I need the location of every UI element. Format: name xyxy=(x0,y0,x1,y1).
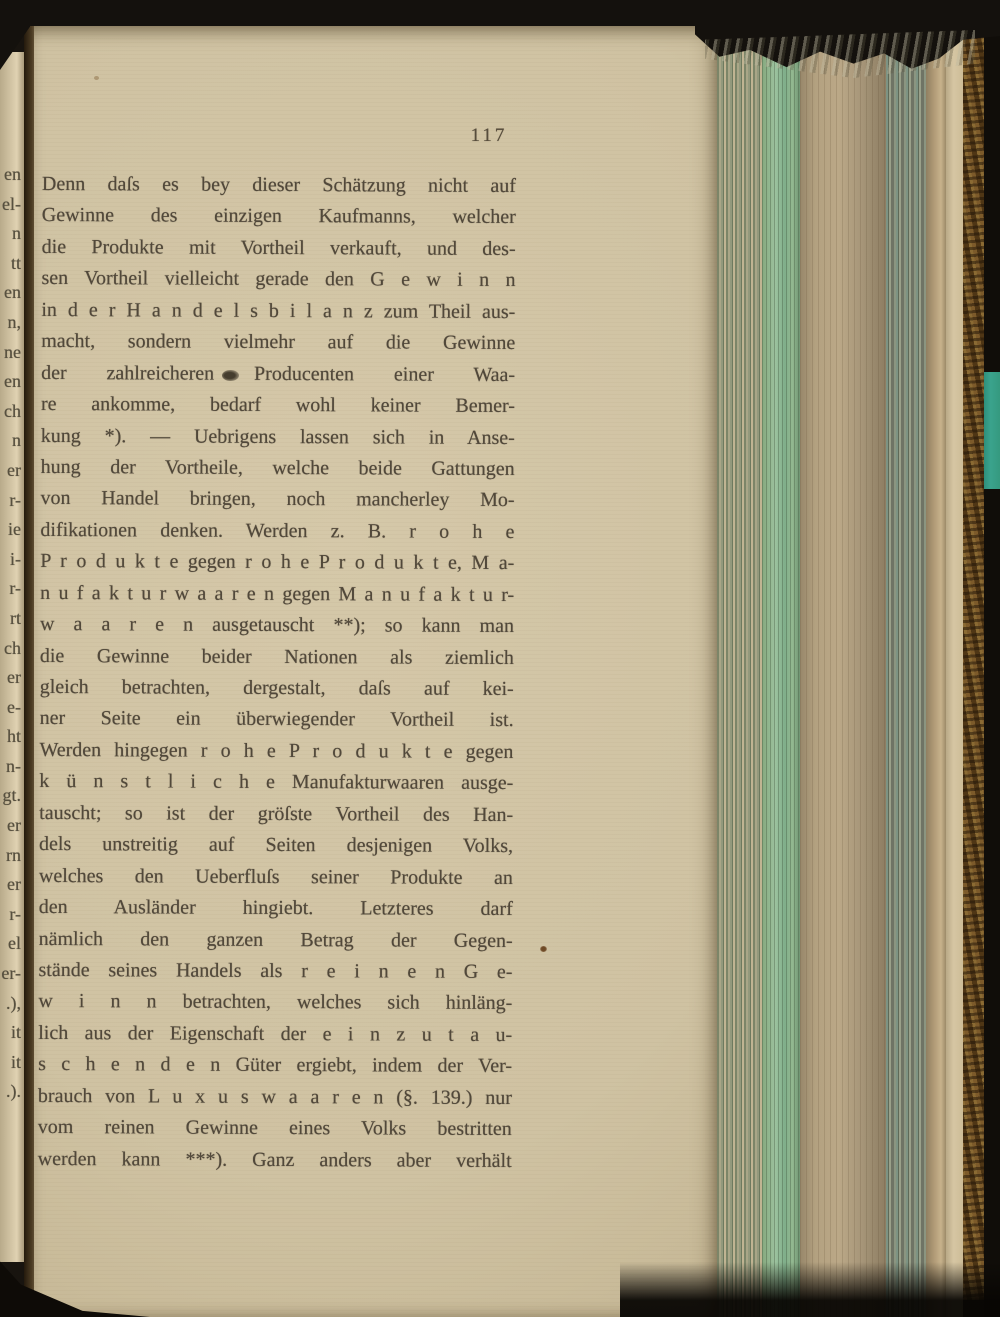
bottom-shadow xyxy=(620,1262,1000,1317)
text-fragment: en xyxy=(0,160,24,190)
fore-edge-stripes-green xyxy=(762,28,800,1317)
text-fragment: rt xyxy=(0,604,24,634)
text-line: w i n n betrachten, welches sich hinläng… xyxy=(38,986,512,1020)
text-fragment: gt. xyxy=(0,781,24,811)
text-fragment: ie xyxy=(0,515,24,545)
page-number: 117 xyxy=(429,125,549,147)
ink-blot xyxy=(222,370,239,381)
book-page: 117 Denn daſs es bey dieser Schätzung ni… xyxy=(34,26,717,1317)
text-fragment: el- xyxy=(0,190,24,220)
text-fragment: er- xyxy=(0,959,24,989)
text-line: sen Vortheil vielleicht gerade den G e w… xyxy=(41,263,515,297)
text-fragment: el xyxy=(0,929,24,959)
text-line: ner Seite ein überwiegender Vortheil ist… xyxy=(40,703,514,737)
text-line: werden kann ***). Ganz anders aber verhä… xyxy=(38,1144,512,1178)
fore-edge-page-block-tan xyxy=(800,28,886,1317)
text-line: s c h e n d e n Güter ergiebt, indem der… xyxy=(38,1049,512,1083)
text-line: Denn daſs es bey dieser Schätzung nicht … xyxy=(42,169,516,203)
text-line: welches den Ueberfluſs seiner Produkte a… xyxy=(39,861,513,895)
text-line: lich aus der Eigenschaft der e i n z u t… xyxy=(38,1018,512,1052)
body-text: Denn daſs es bey dieser Schätzung nicht … xyxy=(38,169,516,1177)
text-line: Werden hingegen r o h e P r o d u k t e … xyxy=(39,735,513,769)
marbled-cover-edge xyxy=(963,30,984,1300)
text-fragment: tt xyxy=(0,249,24,279)
text-fragment: er xyxy=(0,870,24,900)
text-line: den Ausländer hingiebt. Letzteres darf xyxy=(39,892,513,926)
text-fragment: r- xyxy=(0,486,24,516)
fore-edge-ruffled-edge xyxy=(926,28,946,1317)
text-line: die Gewinne beider Nationen als ziemlich xyxy=(40,641,514,675)
text-fragment: n xyxy=(0,219,24,249)
text-line: k ü n s t l i c h e Manufakturwaaren aus… xyxy=(39,766,513,800)
text-line: gleich betrachten, dergestalt, daſs auf … xyxy=(40,672,514,706)
paper-speck xyxy=(540,946,547,952)
text-line: w a a r e n ausgetauscht **); so kann ma… xyxy=(40,609,514,643)
text-fragment: it xyxy=(0,1018,24,1048)
text-fragment: n xyxy=(0,426,24,456)
text-fragment: e- xyxy=(0,693,24,723)
text-fragment: ne xyxy=(0,338,24,368)
text-fragment: .), xyxy=(0,989,24,1019)
text-fragment: ch xyxy=(0,397,24,427)
text-fragment: n, xyxy=(0,308,24,338)
text-line: brauch von L u x u s w a a r e n (§. 139… xyxy=(38,1081,512,1115)
text-line: von Handel bringen, noch mancherley Mo- xyxy=(40,483,514,517)
endpaper-strip xyxy=(946,28,963,1317)
text-fragment: i- xyxy=(0,545,24,575)
text-fragment: it xyxy=(0,1048,24,1078)
text-line: re ankomme, bedarf wohl keiner Bemer- xyxy=(41,389,515,423)
text-line: kung *). — Uebrigens lassen sich in Anse… xyxy=(41,420,515,454)
text-line: stände seines Handels als r e i n e n G … xyxy=(38,955,512,989)
background-right xyxy=(984,0,1000,1317)
text-line: P r o d u k t e gegen r o h e P r o d u … xyxy=(40,546,514,580)
text-fragment: r- xyxy=(0,900,24,930)
text-fragment: rn xyxy=(0,841,24,871)
text-fragment: .). xyxy=(0,1077,24,1107)
text-line: hung der Vortheile, welche beide Gattung… xyxy=(41,452,515,486)
text-fragment: er xyxy=(0,456,24,486)
book-scan-photo: { "page": { "number": "117", "lines": [ … xyxy=(0,0,1000,1317)
text-line: die Produkte mit Vortheil verkauft, und … xyxy=(42,232,516,266)
text-fragment: en xyxy=(0,278,24,308)
fore-edge-stripes-olive xyxy=(712,28,762,1317)
text-fragment: er xyxy=(0,663,24,693)
paper-speck xyxy=(94,76,99,80)
fore-edge-stripes-gray xyxy=(886,28,926,1317)
text-fragment: ht xyxy=(0,722,24,752)
facing-page-text-fragments: en el- n tt en n, ne en ch n er r- ie i-… xyxy=(0,160,24,1160)
text-fragment: en xyxy=(0,367,24,397)
text-line: n u f a k t u r w a a r e n gegen M a n … xyxy=(40,578,514,612)
text-line: dels unstreitig auf Seiten desjenigen Vo… xyxy=(39,829,513,863)
teal-background-patch xyxy=(984,372,1000,489)
text-fragment: n- xyxy=(0,752,24,782)
text-fragment: er xyxy=(0,811,24,841)
text-line: macht, sondern vielmehr auf die Gewinne xyxy=(41,326,515,360)
text-line: der zahlreicheren Producenten einer Waa- xyxy=(41,358,515,392)
text-line: Gewinne des einzigen Kaufmanns, welcher xyxy=(42,200,516,234)
text-line: difikationen denken. Werden z. B. r o h … xyxy=(40,515,514,549)
text-fragment: r- xyxy=(0,574,24,604)
text-line: nämlich den ganzen Betrag der Gegen- xyxy=(39,923,513,957)
text-line: vom reinen Gewinne eines Volks bestritte… xyxy=(38,1112,512,1146)
text-fragment: ch xyxy=(0,634,24,664)
text-line: in d e r H a n d e l s b i l a n z zum T… xyxy=(41,295,515,329)
text-line: tauscht; so ist der gröſste Vortheil des… xyxy=(39,798,513,832)
